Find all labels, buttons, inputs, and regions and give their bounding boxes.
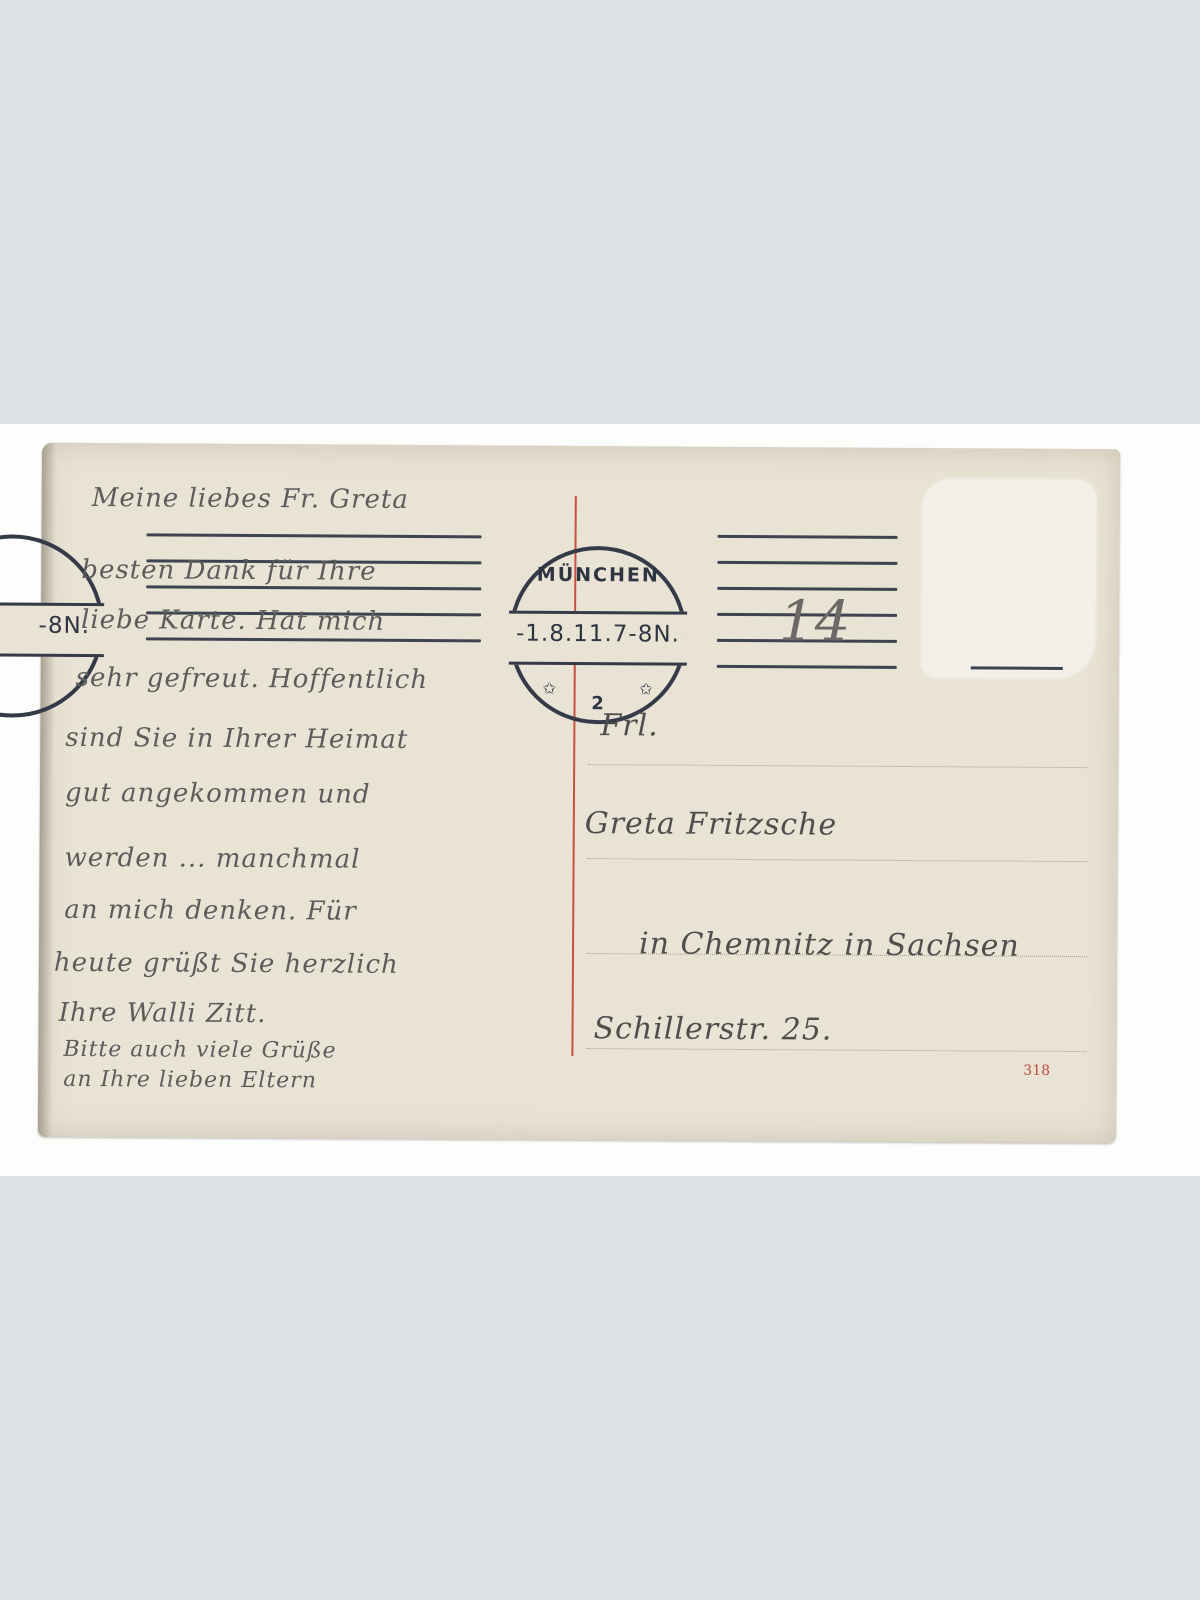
cancel-lines-left	[146, 533, 482, 665]
message-line: an Ihre lieben Eltern	[63, 1067, 317, 1094]
message-line: besten Dank für Ihre	[81, 555, 376, 587]
postmark-munchen: MÜNCHEN -1.8.11.7-8N. ✩ ✩ 2	[508, 546, 687, 725]
postmark-city: MÜNCHEN	[513, 564, 683, 587]
message-line: an mich denken. Für	[64, 895, 357, 927]
cancel-line-short	[971, 666, 1063, 670]
postmark-date: -1.8.11.7-8N.	[513, 621, 683, 648]
message-line: werden ... manchmal	[65, 843, 361, 875]
message-line: Meine liebes Fr. Greta	[92, 483, 409, 515]
message-line: liebe Karte. Hat mich	[81, 605, 385, 637]
message-line: Ihre Walli Zitt.	[59, 998, 267, 1029]
card-number: 318	[1023, 1063, 1050, 1079]
message-line: gut angekommen und	[65, 778, 371, 810]
address-dotted-line	[586, 1048, 1086, 1052]
message-line: heute grüßt Sie herzlich	[54, 948, 399, 980]
message-line: sehr gefreut. Hoffentlich	[76, 663, 429, 695]
address-salutation: Frl.	[600, 708, 659, 743]
pencil-mark: 14	[779, 589, 851, 654]
address-dotted-line	[588, 858, 1088, 862]
address-street: Schillerstr. 25.	[593, 1011, 832, 1047]
postcard-back: -8N. MÜNCHEN -1.8.11.7-8N. ✩ ✩ 2 14 Mein…	[38, 443, 1120, 1144]
message-line: Bitte auch viele Grüße	[63, 1037, 336, 1064]
address-name: Greta Fritzsche	[585, 806, 838, 843]
message-line: sind Sie in Ihrer Heimat	[65, 723, 408, 755]
address-city: in Chemnitz in Sachsen	[639, 926, 1020, 963]
address-dotted-line	[588, 764, 1088, 768]
removed-stamp-area	[921, 478, 1097, 679]
